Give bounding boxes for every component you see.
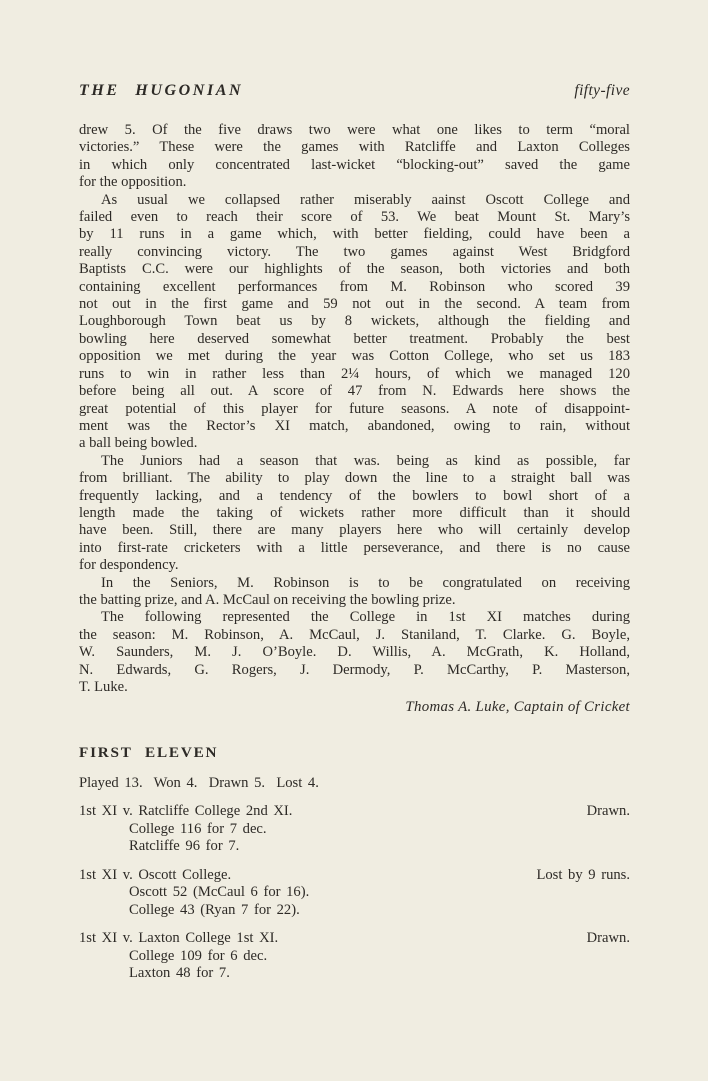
text-line: T. Luke. (79, 679, 630, 696)
match-head: 1st XI v. Laxton College 1st XI.Drawn. (79, 930, 630, 948)
text-line: frequently lacking, and a tendency of th… (79, 488, 630, 505)
journal-title: THE HUGONIAN (79, 82, 243, 100)
text-line: containing excellent performances from M… (79, 279, 630, 296)
page-content: THE HUGONIAN fifty-five drew 5. Of the f… (0, 0, 708, 983)
text-line: by 11 runs in a game which, with better … (79, 226, 630, 243)
text-line: bowling here deserved somewhat better tr… (79, 331, 630, 348)
scanned-magazine-page: THE HUGONIAN fifty-five drew 5. Of the f… (0, 0, 708, 1081)
text-line: for despondency. (79, 557, 630, 574)
match-fixture: 1st XI v. Laxton College 1st XI. (79, 930, 278, 948)
paragraph: The Juniors had a season that was. being… (79, 453, 630, 575)
text-line: The following represented the College in… (79, 609, 630, 626)
text-line: really convincing victory. The two games… (79, 244, 630, 261)
match-result-block: 1st XI v. Laxton College 1st XI.Drawn.Co… (79, 930, 630, 983)
text-line: great potential of this player for futur… (79, 401, 630, 418)
text-line: victories.” These were the games with Ra… (79, 139, 630, 156)
match-result: Drawn. (587, 930, 630, 948)
article-body: drew 5. Of the five draws two were what … (79, 122, 630, 696)
match-fixture: 1st XI v. Oscott College. (79, 867, 231, 885)
text-line: Baptists C.C. were our highlights of the… (79, 261, 630, 278)
page-number: fifty-five (574, 82, 630, 100)
match-details: College 116 for 7 dec.Ratcliffe 96 for 7… (79, 821, 630, 856)
text-line: the season: M. Robinson, A. McCaul, J. S… (79, 627, 630, 644)
match-results: 1st XI v. Ratcliffe College 2nd XI.Drawn… (79, 803, 630, 983)
match-score-line: Ratcliffe 96 for 7. (129, 838, 630, 856)
page-header: THE HUGONIAN fifty-five (79, 82, 630, 100)
text-line: ment was the Rector’s XI match, abandone… (79, 418, 630, 435)
paragraph: The following represented the College in… (79, 609, 630, 696)
match-details: College 109 for 6 dec.Laxton 48 for 7. (79, 948, 630, 983)
match-result: Lost by 9 runs. (536, 867, 630, 885)
text-line: As usual we collapsed rather miserably a… (79, 192, 630, 209)
match-head: 1st XI v. Ratcliffe College 2nd XI.Drawn… (79, 803, 630, 821)
match-details: Oscott 52 (McCaul 6 for 16).College 43 (… (79, 884, 630, 919)
match-fixture: 1st XI v. Ratcliffe College 2nd XI. (79, 803, 292, 821)
paragraph: drew 5. Of the five draws two were what … (79, 122, 630, 192)
text-line: drew 5. Of the five draws two were what … (79, 122, 630, 139)
text-line: W. Saunders, M. J. O’Boyle. D. Willis, A… (79, 644, 630, 661)
section-heading: FIRST ELEVEN (79, 744, 630, 762)
text-line: In the Seniors, M. Robinson is to be con… (79, 575, 630, 592)
paragraph: In the Seniors, M. Robinson is to be con… (79, 575, 630, 610)
text-line: length made the taking of wickets rather… (79, 505, 630, 522)
match-score-line: College 116 for 7 dec. (129, 821, 630, 839)
text-line: before being all out. A score of 47 from… (79, 383, 630, 400)
text-line: the batting prize, and A. McCaul on rece… (79, 592, 630, 609)
signature-line: Thomas A. Luke, Captain of Cricket (79, 699, 630, 716)
match-score-line: Laxton 48 for 7. (129, 965, 630, 983)
text-line: from brilliant. The ability to play down… (79, 470, 630, 487)
text-line: have been. Still, there are many players… (79, 522, 630, 539)
match-head: 1st XI v. Oscott College.Lost by 9 runs. (79, 867, 630, 885)
text-line: into first-rate cricketers with a little… (79, 540, 630, 557)
match-score-line: College 43 (Ryan 7 for 22). (129, 902, 630, 920)
match-result-block: 1st XI v. Oscott College.Lost by 9 runs.… (79, 867, 630, 920)
text-line: not out in the first game and 59 not out… (79, 296, 630, 313)
match-result-block: 1st XI v. Ratcliffe College 2nd XI.Drawn… (79, 803, 630, 856)
text-line: in which only concentrated last-wicket “… (79, 157, 630, 174)
text-line: failed even to reach their score of 53. … (79, 209, 630, 226)
text-line: Loughborough Town beat us by 8 wickets, … (79, 313, 630, 330)
match-score-line: Oscott 52 (McCaul 6 for 16). (129, 884, 630, 902)
text-line: N. Edwards, G. Rogers, J. Dermody, P. Mc… (79, 662, 630, 679)
match-result: Drawn. (587, 803, 630, 821)
text-line: a ball being bowled. (79, 435, 630, 452)
match-score-line: College 109 for 6 dec. (129, 948, 630, 966)
text-line: runs to win in rather less than 2¼ hours… (79, 366, 630, 383)
text-line: for the opposition. (79, 174, 630, 191)
text-line: opposition we met during the year was Co… (79, 348, 630, 365)
paragraph: As usual we collapsed rather miserably a… (79, 192, 630, 453)
season-summary: Played 13. Won 4. Drawn 5. Lost 4. (79, 775, 630, 792)
text-line: The Juniors had a season that was. being… (79, 453, 630, 470)
